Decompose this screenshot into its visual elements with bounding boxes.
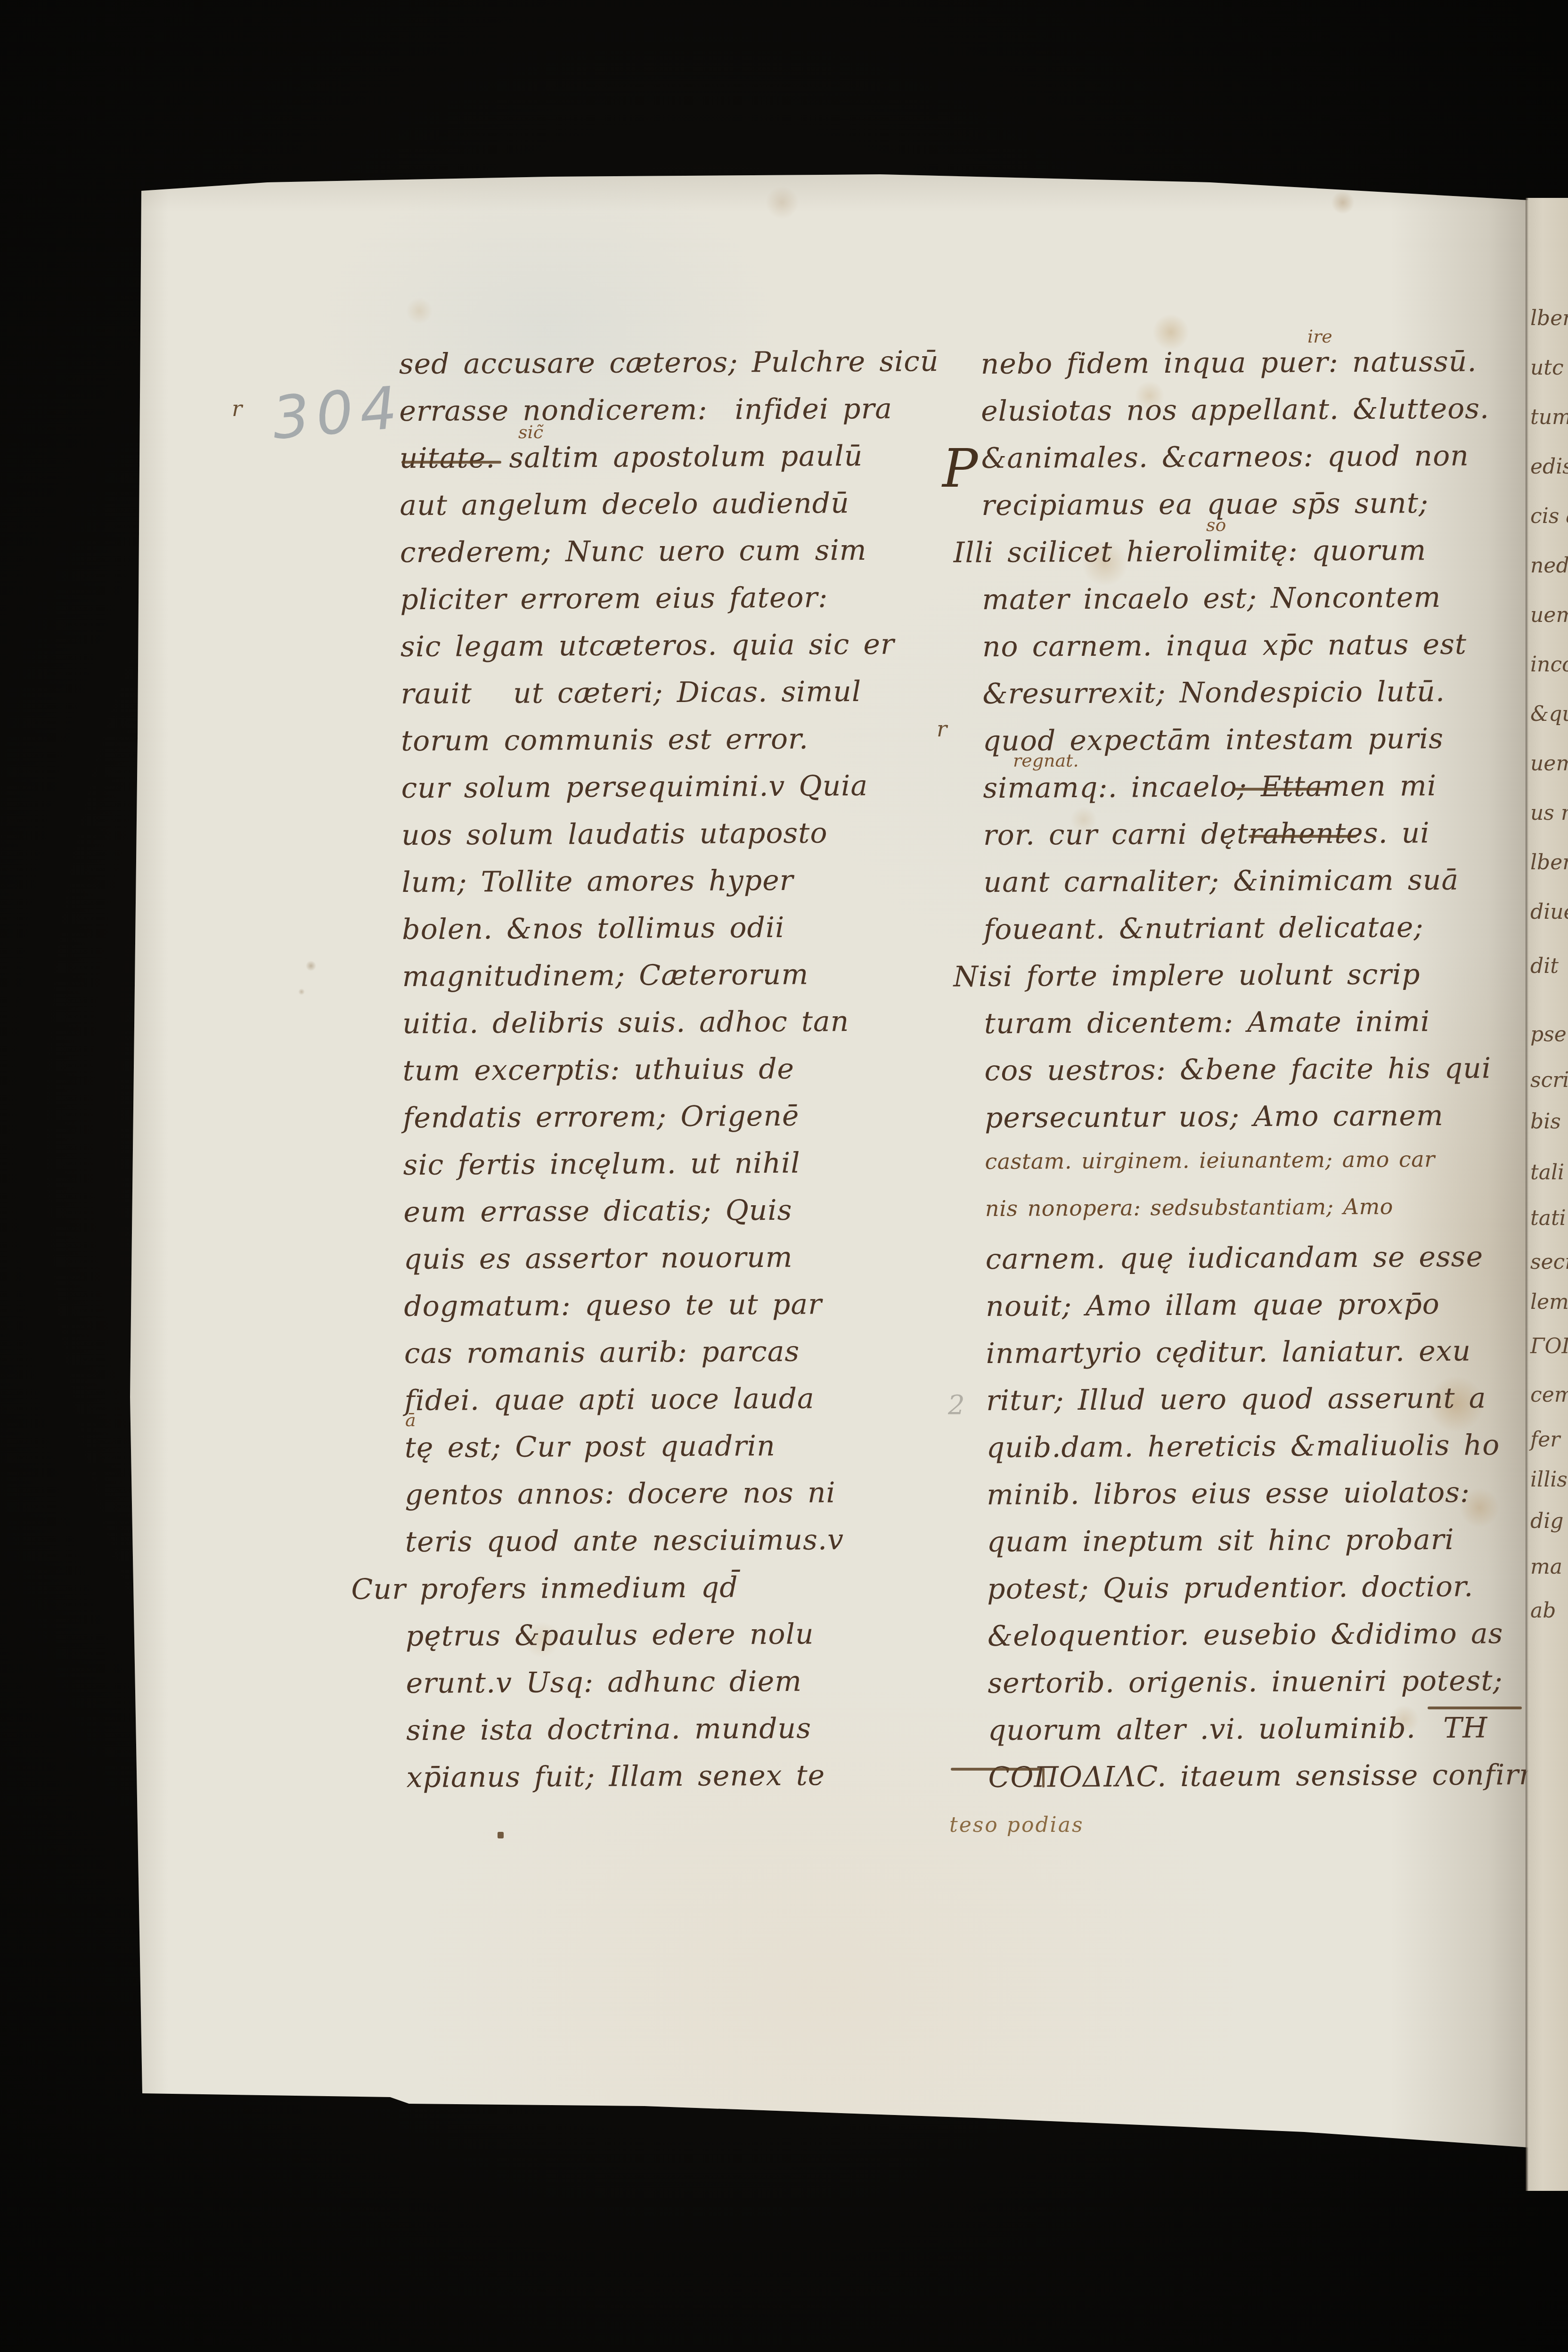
text-line: &resurrexit; Nondespicio lutū. <box>982 675 1445 710</box>
text-line: aut angelum decelo audiendū <box>400 487 849 522</box>
text-line: crederem; Nunc uero cum sim <box>400 534 867 569</box>
text-line: uitate. saltim apostolum paulū <box>400 440 863 475</box>
text-line: fidei. quae apti uoce lauda <box>404 1382 815 1418</box>
text-line: elusiotas nos appellant. &lutteos. <box>981 392 1489 428</box>
edge-text-fragment: cem <box>1530 1383 1568 1407</box>
text-line: castam. uirginem. ieiunantem; amo car <box>985 1146 1435 1174</box>
bottom-gloss: teso podias <box>949 1813 1084 1837</box>
text-line: no carnem. inqua xp̄c natus est <box>982 628 1467 663</box>
digitized-manuscript-photo: 304 sed accusare cæteros; Pulchre sicūer… <box>0 0 1568 2352</box>
text-line: quorum alter .vi. uoluminib. TH <box>988 1711 1488 1747</box>
edge-text-fragment: uem <box>1530 603 1568 627</box>
text-line: ritur; Illud uero quod asserunt a <box>986 1381 1486 1417</box>
text-column-left: sed accusare cæteros; Pulchre sicūerrass… <box>399 345 961 1846</box>
text-line: sic fertis incęlum. ut nihil <box>403 1147 800 1182</box>
text-line: &eloquentior. eusebio &didimo as <box>988 1617 1503 1653</box>
text-line: persecuntur uos; Amo carnem <box>985 1099 1444 1135</box>
text-line: gentos annos: docere nos ni <box>405 1476 836 1511</box>
text-line: magnitudinem; Cæterorum <box>402 958 808 994</box>
text-line: quis es assertor nouorum <box>404 1241 793 1276</box>
edge-text-fragment: secr <box>1530 1250 1568 1274</box>
edge-text-fragment: tati <box>1530 1206 1566 1230</box>
strike-uitate <box>401 461 501 464</box>
text-line: erunt.v Usq: adhunc diem <box>406 1665 802 1700</box>
text-line: xp̄ianus fuit; Illam senex te <box>406 1759 825 1794</box>
text-line: Nisi forte implere uolunt scrip <box>953 958 1420 993</box>
text-line: Cur profers inmedium qd̄ <box>351 1571 738 1606</box>
margin-mark-gutter: r <box>937 716 947 742</box>
edge-text-fragment: illis <box>1530 1468 1568 1492</box>
text-line: Illi scilicet hierolimitę: quorum <box>954 534 1427 569</box>
edge-text-fragment: lem <box>1530 1290 1568 1314</box>
text-line: &animales. &carneos: quod non <box>981 440 1470 475</box>
text-line: nis nonopera: sedsubstantiam; Amo <box>985 1194 1393 1222</box>
interlinear-gloss-a: ā <box>405 1410 416 1430</box>
text-line: potest; Quis prudentior. doctior. <box>987 1570 1473 1606</box>
strike-detrahentes <box>1249 835 1357 838</box>
text-line: quam ineptum sit hinc probari <box>987 1523 1454 1559</box>
edge-text-fragment: dig <box>1530 1509 1563 1533</box>
edge-text-fragment: nedi <box>1530 554 1568 578</box>
text-column-right: nebo fidem inqua puer: natussū.elusiotas… <box>980 345 1535 1884</box>
pencil-margin-mark: 2 <box>948 1390 965 1421</box>
text-line: nebo fidem inqua puer: natussū. <box>980 345 1477 381</box>
text-line: cos uestros: &bene facite his qui <box>984 1052 1491 1087</box>
edge-text-fragment: us r <box>1530 801 1568 825</box>
interlinear-gloss-ire: ire <box>1307 326 1332 347</box>
edge-text-fragment: ediss <box>1530 455 1568 479</box>
text-line: uitia. delibris suis. adhoc tan <box>402 1005 849 1040</box>
text-line: rauit ut cæteri; Dicas. simul <box>400 675 861 710</box>
edge-text-fragment: lber <box>1530 850 1568 874</box>
interlinear-gloss-so: so <box>1206 514 1226 535</box>
text-line: turam dicentem: Amate inimi <box>984 1005 1430 1040</box>
edge-text-fragment: tum <box>1530 405 1568 429</box>
text-line: tę est; Cur post quadrin <box>405 1429 776 1464</box>
edge-text-fragment: scri <box>1530 1068 1568 1092</box>
punctus-below-column <box>498 1832 504 1838</box>
text-line: nouit; Amo illam quae proxp̄o <box>986 1288 1440 1323</box>
underline-potest <box>1428 1707 1522 1709</box>
text-line: pętrus &paulus edere nolu <box>406 1618 814 1653</box>
text-line: uant carnaliter; &inimicam suā <box>983 864 1459 899</box>
text-line: simamq:. incaelo; Ettamen mi <box>983 769 1437 805</box>
text-line: carnem. quę iudicandam se esse <box>985 1241 1483 1276</box>
overline-conodiac-tick <box>1042 1768 1045 1788</box>
text-line: sed accusare cæteros; Pulchre sicū <box>399 345 939 381</box>
text-line: sine ista doctrina. mundus <box>406 1712 811 1748</box>
text-line: mater incaelo est; Noncontem <box>982 581 1441 616</box>
text-line: errasse nondicerem: infidei pra <box>399 392 892 428</box>
folio-number: 304 <box>269 374 406 453</box>
edge-text-fragment: bis <box>1530 1110 1561 1134</box>
text-line: minib. libros eius esse uiolatos: <box>987 1476 1470 1511</box>
edge-text-fragment: diue <box>1530 900 1568 924</box>
text-line: ror. cur carni dętrahentes. ui <box>983 817 1430 852</box>
text-line: cas romanis aurib: parcas <box>404 1335 800 1370</box>
interlinear-gloss-regnat: regnat. <box>1013 750 1078 771</box>
text-line: fendatis errorem; Origenē <box>403 1100 800 1135</box>
edge-text-fragment: tali <box>1530 1160 1564 1184</box>
text-line: foueant. &nutriant delicatae; <box>984 911 1424 946</box>
overline-conodiac <box>951 1768 1040 1771</box>
text-line: dogmatum: queso te ut par <box>404 1288 822 1323</box>
edge-text-fragment: uem <box>1530 751 1568 776</box>
text-line: bolen. &nos tollimus odii <box>402 911 785 946</box>
text-line: sic legam utcæteros. quia sic er <box>400 628 895 663</box>
strike-ettamen <box>1234 788 1329 791</box>
edge-text-fragment: cis a <box>1530 504 1568 528</box>
text-line: COΠOΔIΛC. itaeum sensisse confirmat <box>988 1758 1568 1794</box>
next-page-edge: lberutctumedisscis anediueminco&quauemus… <box>1526 198 1568 2191</box>
edge-text-fragment: ΓΟΙ <box>1530 1334 1568 1358</box>
edge-text-fragment: ma <box>1530 1555 1562 1579</box>
text-line: pliciter errorem eius fateor: <box>400 581 828 616</box>
text-line: torum communis est error. <box>401 723 808 758</box>
edge-text-fragment: dit <box>1530 954 1559 978</box>
text-line: cur solum persequimini.v Quia <box>401 769 868 805</box>
text-line: lum; Tollite amores hyper <box>401 864 793 899</box>
text-line: inmartyrio cęditur. laniatur. exu <box>986 1335 1471 1370</box>
edge-text-fragment: utc <box>1530 356 1564 380</box>
text-line: tum excerptis: uthuius de <box>403 1053 795 1087</box>
text-line: quib.dam. hereticis &maliuolis ho <box>987 1429 1500 1464</box>
edge-text-fragment: ab <box>1530 1599 1556 1623</box>
text-line: recipiamus ea quae sp̄s sunt; <box>981 487 1429 522</box>
edge-text-fragment: fer <box>1530 1428 1560 1452</box>
edge-text-fragment: lber <box>1530 306 1568 330</box>
edge-text-fragment: &qua <box>1530 702 1568 726</box>
text-line: eum errasse dicatis; Quis <box>403 1194 792 1229</box>
interlinear-gloss-sic: sic̃ <box>518 422 543 442</box>
text-line: sertorib. origenis. inueniri potest; <box>988 1664 1503 1700</box>
text-line: uos solum laudatis utaposto <box>401 817 828 852</box>
gutter-initial-P: P <box>942 438 978 499</box>
margin-mark-left: r <box>232 396 242 421</box>
edge-text-fragment: pse <box>1530 1022 1567 1046</box>
edge-text-fragment: inco <box>1530 653 1568 677</box>
text-line: teris quod ante nesciuimus.v <box>405 1523 844 1559</box>
